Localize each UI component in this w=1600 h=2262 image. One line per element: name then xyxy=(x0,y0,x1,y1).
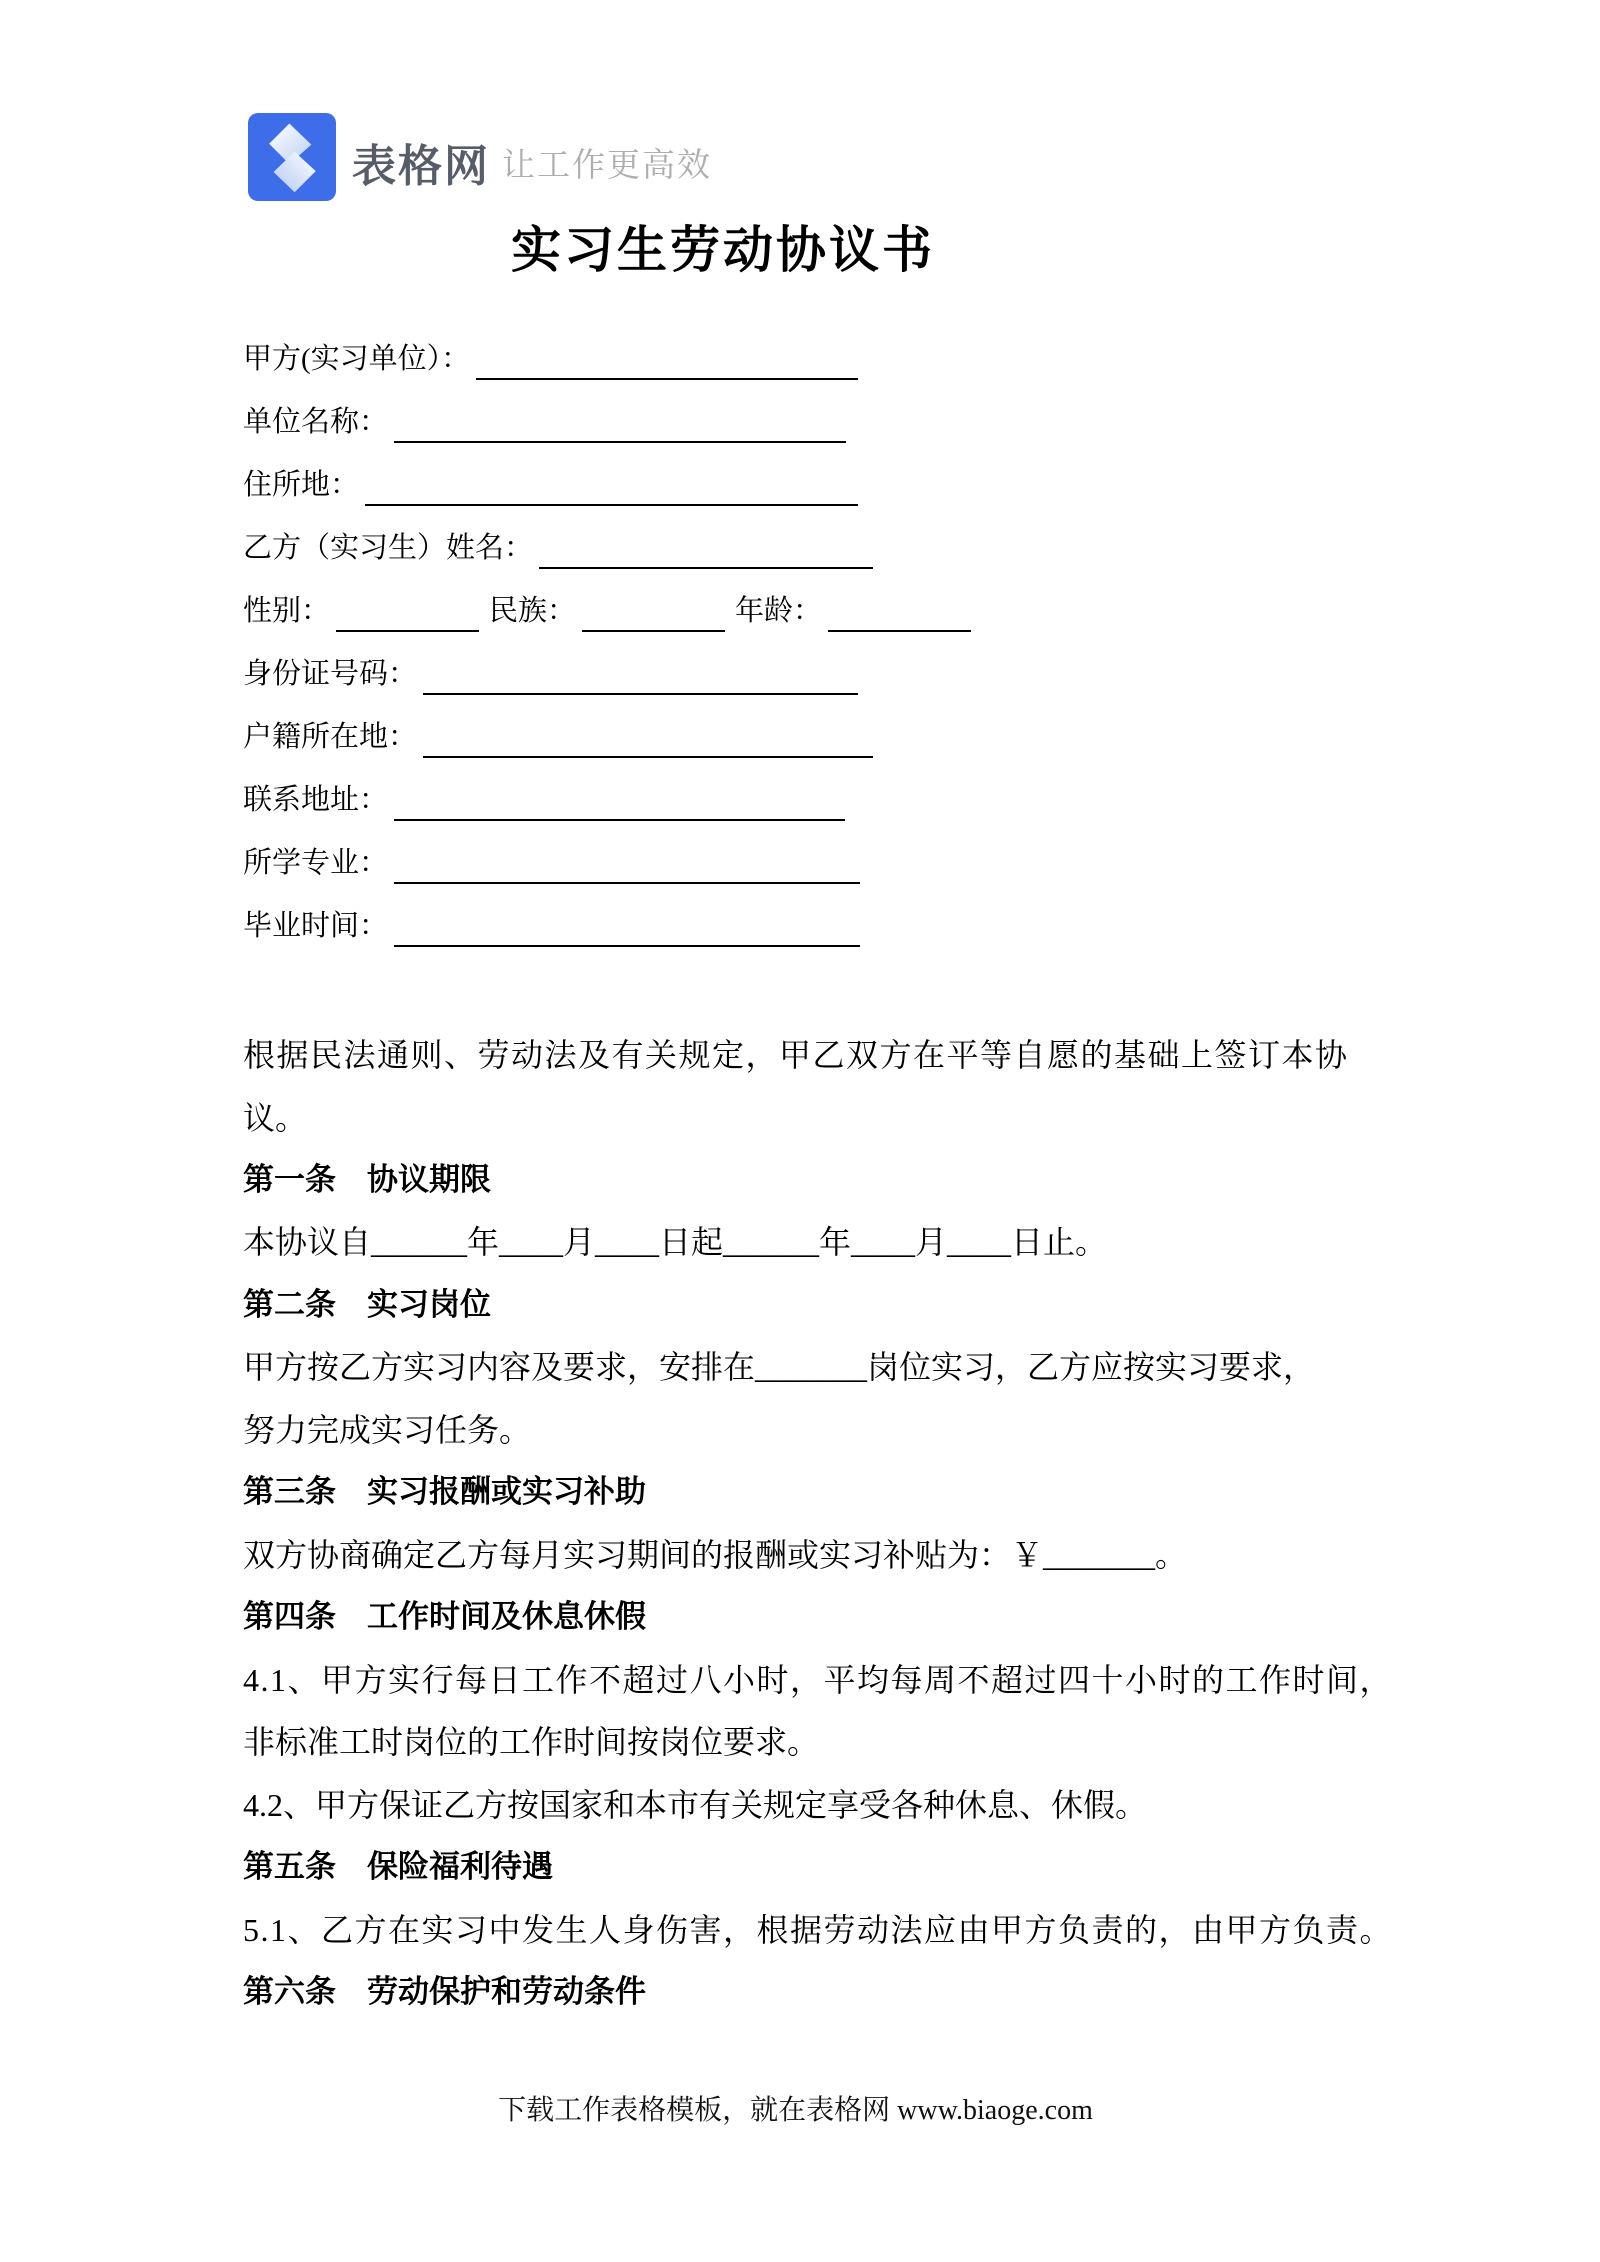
field-label: 所学专业： xyxy=(243,842,388,884)
blank-line xyxy=(539,527,873,569)
field-gender-ethnic-age: 性别： 民族： 年龄： xyxy=(243,590,971,632)
blank-line xyxy=(423,653,858,695)
section-6-heading: 第六条 劳动保护和劳动条件 xyxy=(243,1972,1348,2012)
blank-line xyxy=(828,590,971,632)
field-label-age: 年龄： xyxy=(735,590,822,632)
blank-line xyxy=(336,590,479,632)
blank-line xyxy=(423,716,873,758)
field-label-gender: 性别： xyxy=(243,590,330,632)
field-label-ethnic: 民族： xyxy=(489,590,576,632)
field-label: 毕业时间： xyxy=(243,905,388,947)
section-2-body-line2: 努力完成实习任务。 xyxy=(243,1410,1348,1450)
field-label: 联系地址： xyxy=(243,779,388,821)
footer-note: 下载工作表格模板，就在表格网 www.biaoge.com xyxy=(243,2088,1348,2128)
field-label: 甲方(实习单位）： xyxy=(243,338,470,380)
blank-line xyxy=(582,590,725,632)
section-3-heading: 第三条 实习报酬或实习补助 xyxy=(243,1472,1348,1512)
document-page: 表格网 让工作更高效 实习生劳动协议书 甲方(实习单位）： 单位名称： 住所地：… xyxy=(0,0,1600,2262)
brand-name: 表格网 xyxy=(352,130,490,194)
blank-line xyxy=(476,338,858,380)
section-5-heading: 第五条 保险福利待遇 xyxy=(243,1847,1348,1887)
field-contact-address: 联系地址： xyxy=(243,779,845,821)
section-1-body: 本协议自______年____月____日起______年____月____日止… xyxy=(243,1222,1348,1262)
field-label: 身份证号码： xyxy=(243,653,417,695)
section-2-heading: 第二条 实习岗位 xyxy=(243,1285,1348,1325)
section-4-body-line2: 非标准工时岗位的工作时间按岗位要求。 xyxy=(243,1722,1348,1762)
section-3-body: 双方协商确定乙方每月实习期间的报酬或实习补贴为：￥_______。 xyxy=(243,1535,1348,1575)
section-5-body: 5.1、乙方在实习中发生人身伤害，根据劳动法应由甲方负责的，由甲方负责。 xyxy=(243,1910,1348,1950)
section-1-heading: 第一条 协议期限 xyxy=(243,1160,1348,1200)
field-label: 乙方（实习生）姓名： xyxy=(243,527,533,569)
blank-line xyxy=(394,905,860,947)
section-2-body-line1: 甲方按乙方实习内容及要求，安排在_______岗位实习，乙方应按实习要求， xyxy=(243,1347,1348,1387)
blank-line xyxy=(394,842,860,884)
section-4-body-line1: 4.1、甲方实行每日工作不超过八小时，平均每周不超过四十小时的工作时间， xyxy=(243,1660,1348,1700)
field-address: 住所地： xyxy=(243,464,858,506)
field-label: 住所地： xyxy=(243,464,359,506)
paragraph-preamble-line2: 议。 xyxy=(243,1098,1348,1138)
field-household-registration: 户籍所在地： xyxy=(243,716,873,758)
field-graduation-date: 毕业时间： xyxy=(243,905,860,947)
biaoge-logo-icon xyxy=(248,113,336,201)
section-4-heading: 第四条 工作时间及休息休假 xyxy=(243,1597,1348,1637)
blank-line xyxy=(394,779,845,821)
page-title: 实习生劳动协议书 xyxy=(243,210,1203,282)
field-party-a: 甲方(实习单位）： xyxy=(243,338,858,380)
brand-tagline: 让工作更高效 xyxy=(502,139,712,186)
field-label: 户籍所在地： xyxy=(243,716,417,758)
blank-line xyxy=(394,401,846,443)
field-company-name: 单位名称： xyxy=(243,401,846,443)
field-id-number: 身份证号码： xyxy=(243,653,858,695)
field-party-b-name: 乙方（实习生）姓名： xyxy=(243,527,873,569)
field-label: 单位名称： xyxy=(243,401,388,443)
field-major: 所学专业： xyxy=(243,842,860,884)
paragraph-preamble-line1: 根据民法通则、劳动法及有关规定，甲乙双方在平等自愿的基础上签订本协 xyxy=(243,1035,1348,1075)
section-4-body-line3: 4.2、甲方保证乙方按国家和本市有关规定享受各种休息、休假。 xyxy=(243,1785,1348,1825)
blank-line xyxy=(365,464,858,506)
